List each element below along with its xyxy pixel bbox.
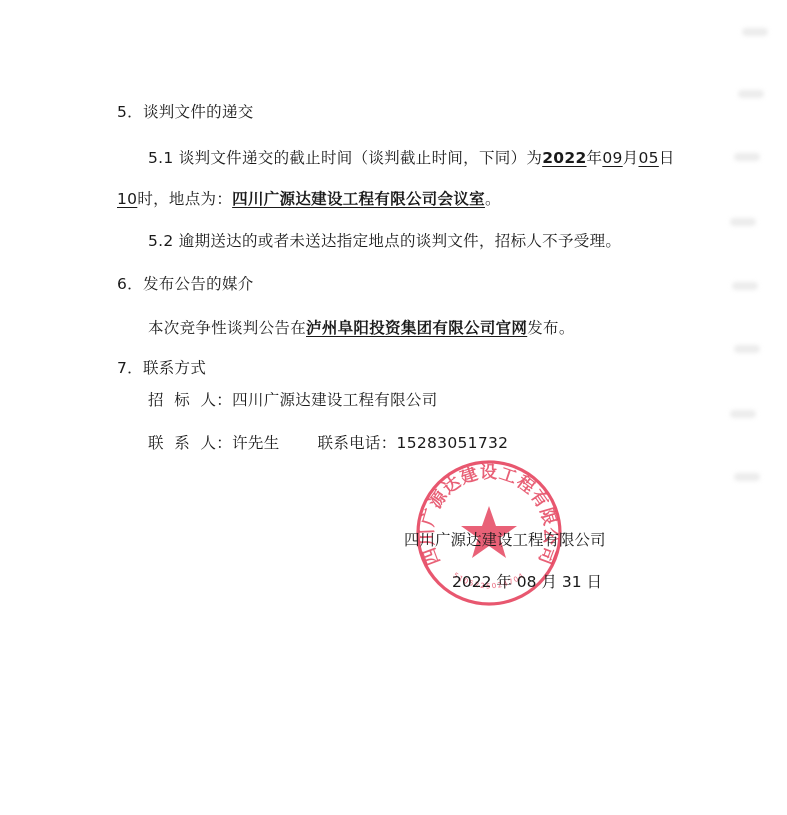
scan-artifact xyxy=(734,153,760,161)
section-5-1-line-1: 5.1 谈判文件递交的截止时间（谈判截止时间，下同）为2022年09月05日 xyxy=(148,146,675,168)
scan-artifact xyxy=(732,282,758,290)
section-6-text: 本次竞争性谈判公告在泸州阜阳投资集团有限公司官网发布。 xyxy=(148,316,575,338)
scan-artifact xyxy=(738,90,764,98)
year-unit: 年 xyxy=(587,149,603,167)
deadline-prefix: 5.1 谈判文件递交的截止时间（谈判截止时间，下同）为 xyxy=(148,149,542,167)
day-unit: 日 xyxy=(659,149,675,167)
deadline-hour: 10 xyxy=(117,190,137,208)
month-unit: 月 xyxy=(623,149,639,167)
scan-artifact xyxy=(742,28,768,36)
scan-artifact xyxy=(730,218,756,226)
scan-artifact xyxy=(734,473,760,481)
deadline-day: 05 xyxy=(638,149,658,167)
contact-label: 联 系 人： xyxy=(148,434,232,452)
venue: 四川广源达建设工程有限公司会议室 xyxy=(232,190,485,208)
deadline-year: 2022 xyxy=(542,149,586,167)
section-5-heading: 5．谈判文件的递交 xyxy=(117,100,254,122)
tenderer-row: 招 标 人：四川广源达建设工程有限公司 xyxy=(148,388,438,410)
section-6-heading: 6．发布公告的媒介 xyxy=(117,272,254,294)
phone-value: 15283051732 xyxy=(397,434,509,452)
media-prefix: 本次竞争性谈判公告在 xyxy=(148,319,306,337)
section-7-heading: 7．联系方式 xyxy=(117,356,206,378)
contact-value: 许先生 xyxy=(232,434,279,452)
media-suffix: 发布。 xyxy=(527,319,574,337)
tenderer-label: 招 标 人： xyxy=(148,391,232,409)
scan-artifact xyxy=(734,345,760,353)
signature-date: 2022 年 08 月 31 日 xyxy=(452,570,602,592)
hour-unit: 时，地点为： xyxy=(137,190,232,208)
section-5-2: 5.2 逾期送达的或者未送达指定地点的谈判文件，招标人不予受理。 xyxy=(148,229,621,251)
tenderer-value: 四川广源达建设工程有限公司 xyxy=(232,391,437,409)
scan-artifact xyxy=(730,410,756,418)
media-name: 泸州阜阳投资集团有限公司官网 xyxy=(306,319,527,337)
section-5-1-line-2: 10时，地点为：四川广源达建设工程有限公司会议室。 xyxy=(117,187,501,209)
phone-label: 联系电话： xyxy=(318,434,397,452)
venue-end: 。 xyxy=(485,190,501,208)
contact-row: 联 系 人：许先生联系电话：15283051732 xyxy=(148,431,508,453)
signature-company: 四川广源达建设工程有限公司 xyxy=(404,528,606,550)
deadline-month: 09 xyxy=(602,149,622,167)
